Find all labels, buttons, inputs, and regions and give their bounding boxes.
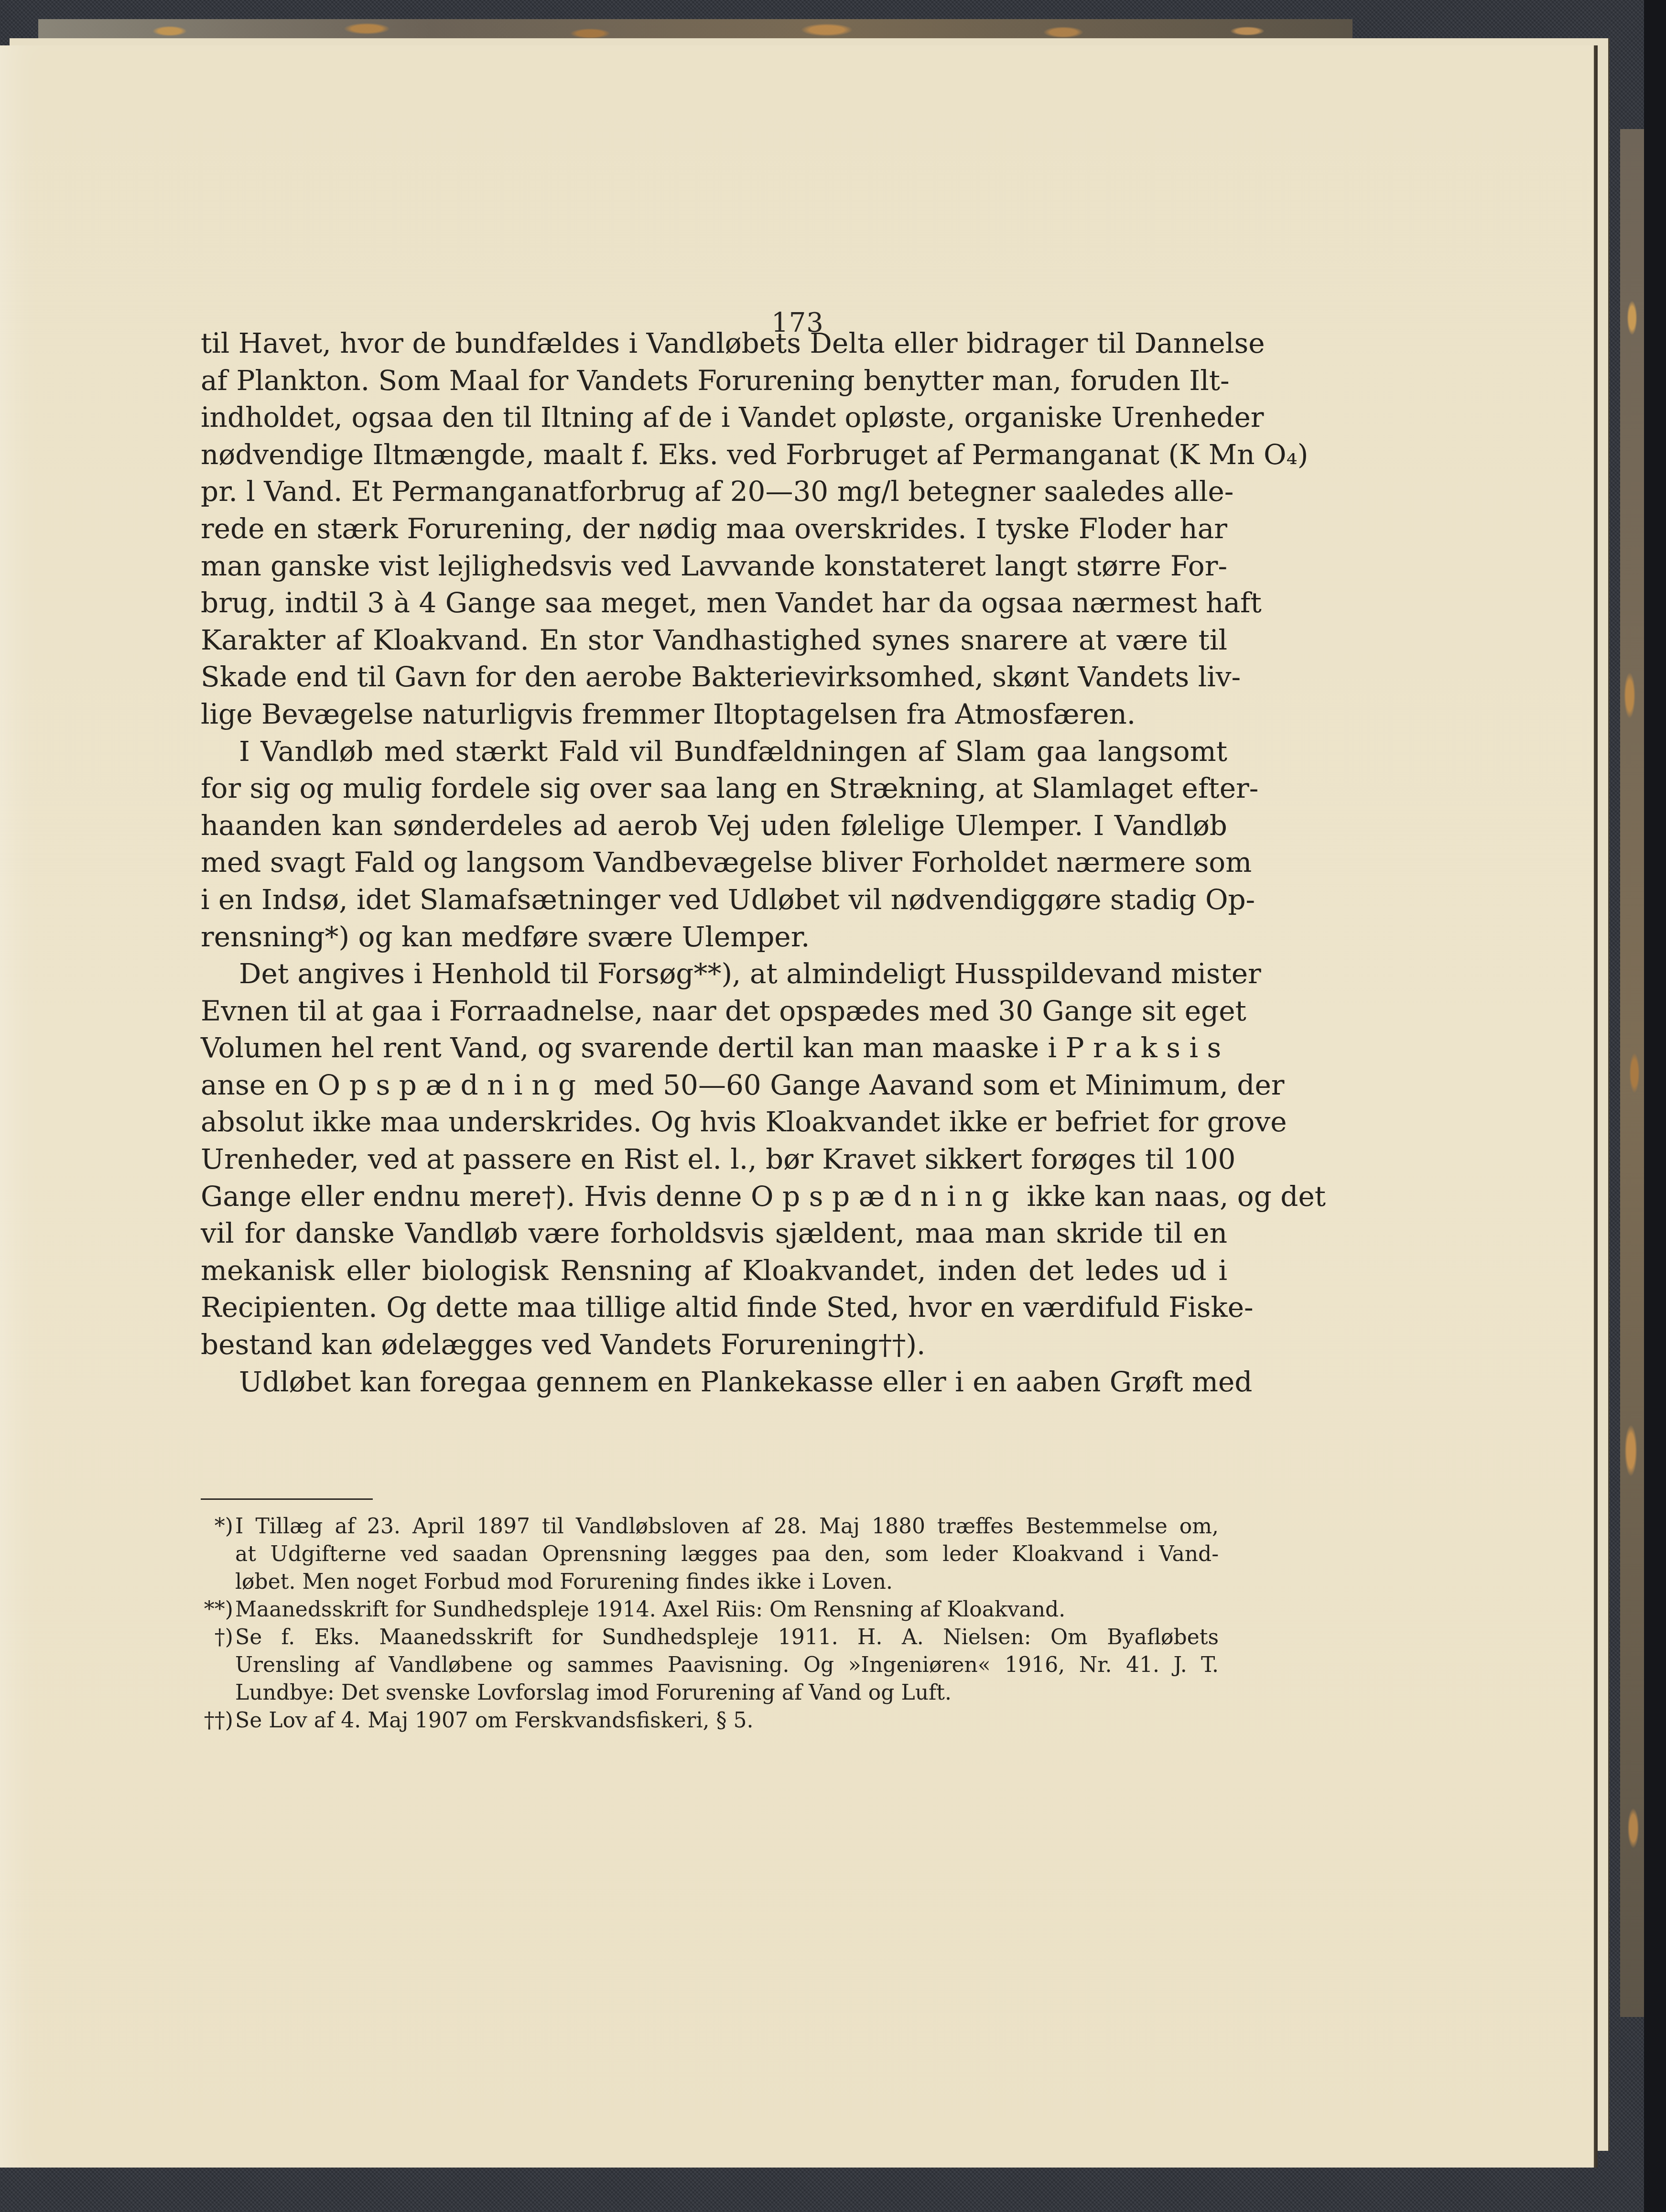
footnote-marker: *) bbox=[191, 1513, 233, 1540]
body-text: til Havet, hvor de bundfældes i Vandløbe… bbox=[201, 325, 1227, 1400]
text-line: pr. l Vand. Et Permanganatforbrug af 20—… bbox=[201, 473, 1227, 510]
text-line: Volumen hel rent Vand, og svarende derti… bbox=[201, 1030, 1227, 1067]
text-line: mekanisk eller biologisk Rensning af Klo… bbox=[201, 1252, 1227, 1290]
paragraph-2: I Vandløb med stærkt Fald vil Bundfældni… bbox=[201, 733, 1227, 956]
footnote-line: Se Lov af 4. Maj 1907 om Ferskvandsfiske… bbox=[235, 1707, 1219, 1735]
footnote-line: at Udgifterne ved saadan Oprensning lægg… bbox=[235, 1540, 1219, 1568]
text-line: Recipienten. Og dette maa tillige altid … bbox=[201, 1289, 1227, 1326]
text-line: Det angives i Henhold til Forsøg**), at … bbox=[201, 955, 1227, 993]
text-line: rede en stærk Forurening, der nødig maa … bbox=[201, 510, 1227, 548]
text-line: bestand kan ødelægges ved Vandets Forure… bbox=[201, 1326, 1227, 1364]
footnote-line: løbet. Men noget Forbud mod Forurening f… bbox=[235, 1568, 1219, 1596]
footnotes: *) I Tillæg af 23. April 1897 til Vandlø… bbox=[201, 1513, 1219, 1735]
footnote-marker: ††) bbox=[191, 1707, 233, 1735]
text-line: Urenheder, ved at passere en Rist el. l.… bbox=[201, 1141, 1227, 1178]
footnote-line: Maanedsskrift for Sundhedspleje 1914. Ax… bbox=[235, 1596, 1219, 1624]
text-line: indholdet, ogsaa den til Iltning af de i… bbox=[201, 399, 1227, 436]
text-line: brug, indtil 3 à 4 Gange saa meget, men … bbox=[201, 585, 1227, 622]
footnote-marker: †) bbox=[191, 1624, 233, 1651]
text-line: af Plankton. Som Maal for Vandets Forure… bbox=[201, 362, 1227, 400]
text-line: i en Indsø, idet Slamafsætninger ved Udl… bbox=[201, 881, 1227, 919]
text-line: nødvendige Iltmængde, maalt f. Eks. ved … bbox=[201, 436, 1227, 474]
text-line: Udløbet kan foregaa gennem en Plankekass… bbox=[201, 1364, 1227, 1401]
text-line: Gange eller endnu mere†). Hvis denne Ops… bbox=[201, 1178, 1227, 1215]
emphasized-word: Opspædning bbox=[751, 1180, 1018, 1213]
text-line: til Havet, hvor de bundfældes i Vandløbe… bbox=[201, 325, 1227, 362]
footnote-2: **) Maanedsskrift for Sundhedspleje 1914… bbox=[201, 1596, 1219, 1624]
paragraph-1: til Havet, hvor de bundfældes i Vandløbe… bbox=[201, 325, 1227, 733]
emphasized-word: Praksis bbox=[1065, 1031, 1230, 1064]
footnote-1: *) I Tillæg af 23. April 1897 til Vandlø… bbox=[201, 1513, 1219, 1596]
emphasized-word: Opspædning bbox=[318, 1069, 585, 1101]
text-line: absolut ikke maa underskrides. Og hvis K… bbox=[201, 1104, 1227, 1141]
footnote-line: I Tillæg af 23. April 1897 til Vandløbsl… bbox=[235, 1513, 1219, 1540]
page-edge-line bbox=[1594, 45, 1595, 2168]
text-line: rensning*) og kan medføre svære Ulemper. bbox=[201, 919, 1227, 956]
text-line: Karakter af Kloakvand. En stor Vandhasti… bbox=[201, 622, 1227, 659]
text-line: anse en Opspædning med 50—60 Gange Aavan… bbox=[201, 1067, 1227, 1104]
footnote-4: ††) Se Lov af 4. Maj 1907 om Ferskvandsf… bbox=[201, 1707, 1219, 1735]
paragraph-4: Udløbet kan foregaa gennem en Plankekass… bbox=[201, 1364, 1227, 1401]
text-line: man ganske vist lejlighedsvis ved Lavvan… bbox=[201, 548, 1227, 585]
footnote-line: Se f. Eks. Maanedsskrift for Sundhedsple… bbox=[235, 1624, 1219, 1651]
footnote-line: Lundbye: Det svenske Lovforslag imod For… bbox=[235, 1679, 1219, 1707]
footnote-line: Urensling af Vandløbene og sammes Paavis… bbox=[235, 1651, 1219, 1679]
text-line: haanden kan sønderdeles ad aerob Vej ude… bbox=[201, 807, 1227, 845]
text-line: lige Bevægelse naturligvis fremmer Iltop… bbox=[201, 696, 1227, 733]
marbled-board-edge-right bbox=[1620, 129, 1644, 2017]
footnote-separator-rule bbox=[201, 1498, 373, 1500]
text-line: Skade end til Gavn for den aerobe Bakter… bbox=[201, 659, 1227, 696]
text-line: for sig og mulig fordele sig over saa la… bbox=[201, 770, 1227, 807]
text-line: I Vandløb med stærkt Fald vil Bundfældni… bbox=[201, 733, 1227, 770]
binding-shadow bbox=[1644, 0, 1666, 2212]
footnote-marker: **) bbox=[191, 1596, 233, 1624]
text-line: med svagt Fald og langsom Vandbevægelse … bbox=[201, 844, 1227, 881]
text-line: Evnen til at gaa i Forraadnelse, naar de… bbox=[201, 993, 1227, 1030]
paragraph-3: Det angives i Henhold til Forsøg**), at … bbox=[201, 955, 1227, 1364]
text-line: vil for danske Vandløb være forholdsvis … bbox=[201, 1215, 1227, 1252]
footnote-3: †) Se f. Eks. Maanedsskrift for Sundheds… bbox=[201, 1624, 1219, 1707]
